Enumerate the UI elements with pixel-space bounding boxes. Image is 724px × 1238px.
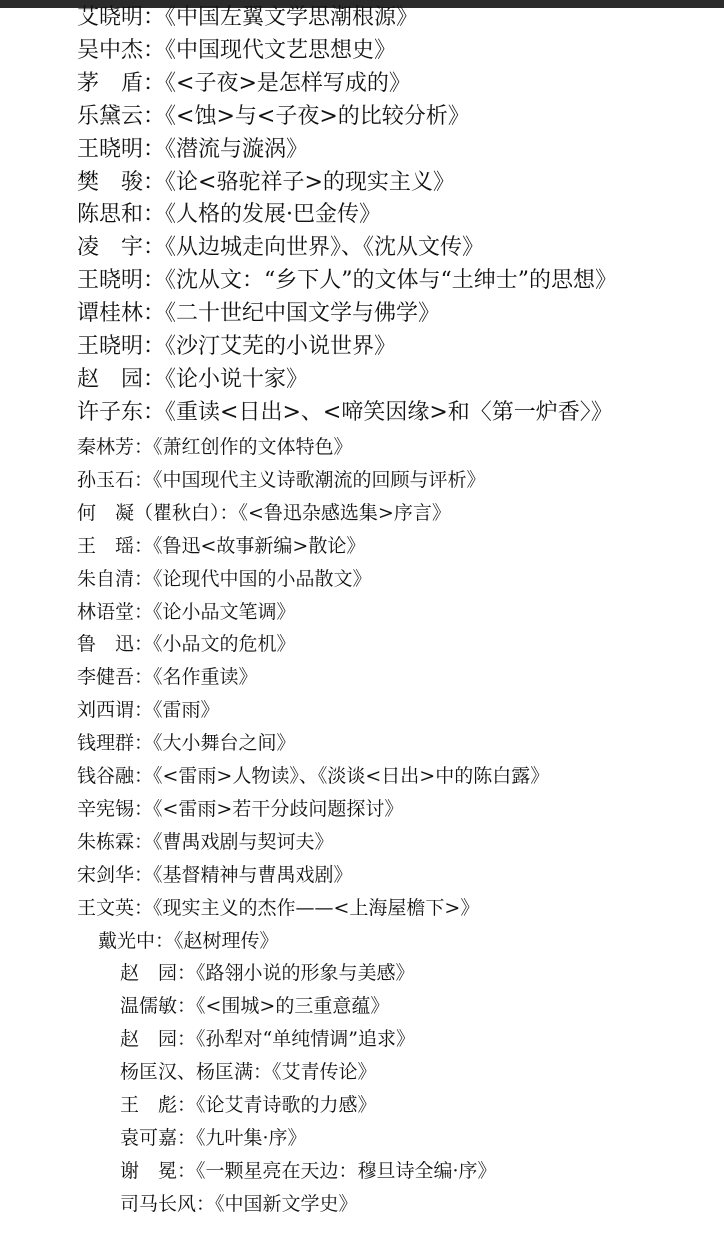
reference-entry: 王 瑶：《鲁迅<故事新编>散论》	[77, 537, 365, 556]
entry-title: 《大小舞台之间》	[153, 732, 296, 754]
reference-entry: 赵 园：《孙犁对“单纯情调”追求》	[120, 1030, 415, 1049]
entry-author: 王 彪：	[120, 1094, 196, 1116]
reference-entry: 樊 骏：《论<骆驼祥子>的现实主义》	[77, 172, 455, 194]
entry-author: 林语堂：	[77, 601, 153, 623]
entry-author: 朱栋霖：	[77, 831, 153, 853]
entry-title: 《艾青传论》	[272, 1061, 377, 1083]
entry-author: 茅 盾：	[77, 71, 165, 96]
entry-author: 乐黛云：	[77, 104, 165, 129]
entry-title: 《<雷雨>人物读》、《淡谈<日出>中的陈白露》	[153, 765, 549, 787]
entry-title: 《论小品文笔调》	[153, 601, 296, 623]
entry-author: 朱自清：	[77, 568, 153, 590]
reference-entry: 宋剑华：《基督精神与曹禺戏剧》	[77, 866, 353, 885]
entry-author: 孙玉石：	[77, 469, 153, 491]
entry-author: 辛宪锡：	[77, 798, 153, 820]
entry-title: 《一颗星亮在天边：穆旦诗全编·序》	[196, 1160, 497, 1182]
entry-title: 《<鲁迅杂感选集>序言》	[239, 502, 451, 524]
reference-entry: 许子东：《重读<日出>、<啼笑因缘>和〈第一炉香〉》	[77, 402, 613, 424]
entry-title: 《从边城走向世界》、《沈从文传》	[165, 235, 484, 260]
entry-author: 钱理群：	[77, 732, 153, 754]
entry-author: 李健吾：	[77, 666, 153, 688]
reference-entry: 司马长风：《中国新文学史》	[120, 1195, 358, 1214]
entry-title: 《名作重读》	[153, 666, 258, 688]
entry-title: 《潜流与漩涡》	[165, 137, 308, 162]
entry-author: 秦林芳：	[77, 436, 153, 458]
entry-title: 《孙犁对“单纯情调”追求》	[196, 1028, 415, 1050]
entry-author: 王文英：	[77, 897, 153, 919]
entry-author: 王晓明：	[77, 137, 165, 162]
entry-title: 《论艾青诗歌的力感》	[196, 1094, 377, 1116]
entry-title: 《小品文的危机》	[153, 633, 296, 655]
entry-title: 《<蚀>与<子夜>的比较分析》	[165, 104, 470, 129]
reference-entry: 何 凝（瞿秋白）：《<鲁迅杂感选集>序言》	[77, 504, 451, 523]
entry-author: 鲁 迅：	[77, 633, 153, 655]
entry-author: 戴光中：	[98, 930, 174, 952]
entry-title: 《中国新文学史》	[215, 1193, 358, 1215]
entry-title: 《<雷雨>若干分歧问题探讨》	[153, 798, 403, 820]
reference-entry: 戴光中：《赵树理传》	[98, 932, 279, 951]
entry-title: 《中国左翼文学思潮根源》	[165, 5, 418, 30]
entry-author: 袁可嘉：	[120, 1127, 196, 1149]
reference-entry: 陈思和：《人格的发展·巴金传》	[77, 204, 381, 226]
reference-entry: 秦林芳：《萧红创作的文体特色》	[77, 438, 353, 457]
entry-author: 许子东：	[77, 400, 165, 425]
reference-entry: 王晓明：《沙汀艾芜的小说世界》	[77, 336, 396, 358]
reference-entry: 艾晓明：《中国左翼文学思潮根源》	[77, 7, 418, 29]
reference-entry: 王晓明：《沈从文：“乡下人”的文体与“土绅士”的思想》	[77, 270, 617, 292]
reference-entry: 林语堂：《论小品文笔调》	[77, 603, 296, 622]
entry-author: 凌 宇：	[77, 235, 165, 260]
reference-entry: 乐黛云：《<蚀>与<子夜>的比较分析》	[77, 106, 470, 128]
entry-title: 《九叶集·序》	[196, 1127, 307, 1149]
reference-entry: 温儒敏：《<围城>的三重意蕴》	[120, 997, 389, 1016]
reference-entry: 辛宪锡：《<雷雨>若干分歧问题探讨》	[77, 800, 403, 819]
entry-author: 王 瑶：	[77, 535, 153, 557]
entry-author: 赵 园：	[120, 962, 196, 984]
entry-author: 赵 园：	[77, 367, 165, 392]
entry-author: 王晓明：	[77, 268, 165, 293]
entry-author: 樊 骏：	[77, 170, 165, 195]
entry-title: 《沈从文：“乡下人”的文体与“土绅士”的思想》	[165, 268, 617, 293]
entry-author: 温儒敏：	[120, 995, 196, 1017]
reference-entry: 吴中杰：《中国现代文艺思想史》	[77, 40, 396, 62]
reference-entry: 谢 冕：《一颗星亮在天边：穆旦诗全编·序》	[120, 1162, 497, 1181]
entry-author: 吴中杰：	[77, 38, 165, 63]
entry-title: 《人格的发展·巴金传》	[165, 202, 381, 227]
reference-entry: 刘西谓：《雷雨》	[77, 701, 220, 720]
entry-title: 《雷雨》	[153, 699, 220, 721]
entry-author: 谢 冕：	[120, 1160, 196, 1182]
entry-author: 赵 园：	[120, 1028, 196, 1050]
entry-author: 艾晓明：	[77, 5, 165, 30]
entry-title: 《重读<日出>、<啼笑因缘>和〈第一炉香〉》	[165, 400, 613, 425]
entry-title: 《论<骆驼祥子>的现实主义》	[165, 170, 455, 195]
entry-title: 《论现代中国的小品散文》	[153, 568, 372, 590]
entry-title: 《论小说十家》	[165, 367, 308, 392]
entry-title: 《基督精神与曹禺戏剧》	[153, 864, 353, 886]
reference-entry: 王 彪：《论艾青诗歌的力感》	[120, 1096, 377, 1115]
reference-entry: 杨匡汉、杨匡满：《艾青传论》	[120, 1063, 377, 1082]
reference-entry: 谭桂林：《二十世纪中国文学与佛学》	[77, 303, 440, 325]
entry-title: 《曹禺戏剧与契诃夫》	[153, 831, 334, 853]
reference-entry: 孙玉石：《中国现代主义诗歌潮流的回顾与评析》	[77, 471, 486, 490]
reference-entry: 袁可嘉：《九叶集·序》	[120, 1129, 307, 1148]
entry-title: 《<子夜>是怎样写成的》	[165, 71, 411, 96]
entry-title: 《<围城>的三重意蕴》	[196, 995, 389, 1017]
entry-title: 《中国现代文艺思想史》	[165, 38, 396, 63]
entry-title: 《路翎小说的形象与美感》	[196, 962, 415, 984]
entry-title: 《二十世纪中国文学与佛学》	[165, 301, 440, 326]
reference-entry: 钱谷融：《<雷雨>人物读》、《淡谈<日出>中的陈白露》	[77, 767, 549, 786]
entry-author: 司马长风：	[120, 1193, 215, 1215]
entry-title: 《萧红创作的文体特色》	[153, 436, 353, 458]
entry-title: 《鲁迅<故事新编>散论》	[153, 535, 365, 557]
reference-entry: 朱栋霖：《曹禺戏剧与契诃夫》	[77, 833, 334, 852]
entry-title: 《现实主义的杰作——<上海屋檐下>》	[153, 897, 479, 919]
entry-author: 王晓明：	[77, 334, 165, 359]
reference-entry: 赵 园：《论小说十家》	[77, 369, 308, 391]
entry-author: 何 凝（瞿秋白）：	[77, 502, 239, 524]
reference-entry: 朱自清：《论现代中国的小品散文》	[77, 570, 372, 589]
reference-entry: 王晓明：《潜流与漩涡》	[77, 139, 308, 161]
reference-entry: 茅 盾：《<子夜>是怎样写成的》	[77, 73, 411, 95]
reference-entry: 王文英：《现实主义的杰作——<上海屋檐下>》	[77, 899, 479, 918]
entry-author: 宋剑华：	[77, 864, 153, 886]
entry-author: 陈思和：	[77, 202, 165, 227]
reference-entry: 凌 宇：《从边城走向世界》、《沈从文传》	[77, 237, 484, 259]
entry-author: 刘西谓：	[77, 699, 153, 721]
entry-author: 谭桂林：	[77, 301, 165, 326]
entry-title: 《赵树理传》	[174, 930, 279, 952]
entry-title: 《中国现代主义诗歌潮流的回顾与评析》	[153, 469, 486, 491]
entry-title: 《沙汀艾芜的小说世界》	[165, 334, 396, 359]
reference-entry: 鲁 迅：《小品文的危机》	[77, 635, 296, 654]
reference-entry: 赵 园：《路翎小说的形象与美感》	[120, 964, 415, 983]
reference-entry: 李健吾：《名作重读》	[77, 668, 258, 687]
entry-author: 钱谷融：	[77, 765, 153, 787]
reference-entry: 钱理群：《大小舞台之间》	[77, 734, 296, 753]
entry-author: 杨匡汉、杨匡满：	[120, 1061, 272, 1083]
